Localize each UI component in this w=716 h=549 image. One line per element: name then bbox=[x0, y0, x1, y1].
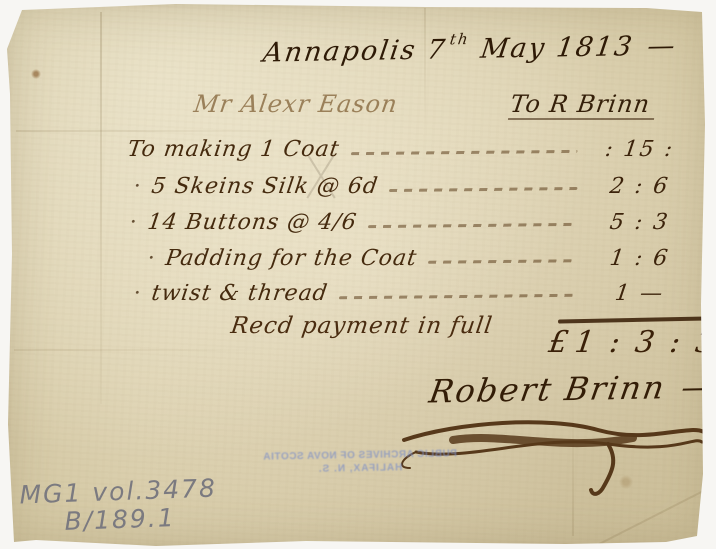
signature-name: Robert Brinn bbox=[427, 368, 669, 410]
payment-received-note: Recd payment in full bbox=[229, 313, 494, 339]
signature: Robert Brinn— bbox=[427, 368, 716, 411]
leader-line bbox=[351, 150, 578, 155]
total-sum-line bbox=[558, 316, 708, 323]
total-value: 1 : 3 : 3 bbox=[573, 325, 716, 360]
item-description: Padding for the Coat bbox=[164, 246, 419, 271]
item-row: · 14 Buttons @ 4/6 5 : 3 bbox=[128, 205, 694, 235]
leader-line bbox=[428, 259, 577, 264]
debtor-name: Mr Alexr Eason bbox=[192, 90, 400, 120]
item-row: · 5 Skeins Silk @ 6d 2 : 6 bbox=[132, 169, 694, 199]
item-row: · Padding for the Coat 1 : 6 bbox=[146, 241, 694, 271]
item-amount: 2 : 6 bbox=[586, 174, 694, 199]
date-place-day: Annapolis 7 bbox=[261, 34, 449, 68]
item-description: 5 Skeins Silk @ 6d bbox=[150, 174, 380, 199]
date-dash: — bbox=[645, 30, 678, 62]
receipt-paper: Annapolis 7th May 1813— Mr Alexr Eason T… bbox=[6, 4, 710, 546]
date-line: Annapolis 7th May 1813— bbox=[261, 26, 679, 68]
archival-reference-line2: B/189.1 bbox=[64, 502, 218, 535]
leader-line bbox=[368, 223, 578, 228]
total-amount: £1 : 3 : 3 bbox=[547, 325, 716, 360]
item-row: · twist & thread 1 — bbox=[132, 276, 694, 306]
parties-line: Mr Alexr Eason To R Brinn bbox=[192, 90, 658, 120]
archival-reference: MG1 vol.3478 B/189.1 bbox=[19, 475, 218, 537]
fold-crease bbox=[14, 349, 264, 351]
leader-line bbox=[389, 187, 577, 192]
date-ordinal: th bbox=[449, 30, 471, 48]
item-amount: 5 : 3 bbox=[586, 210, 694, 235]
item-amount: 1 — bbox=[586, 281, 694, 306]
item-row: To making 1 Coat : 15 : bbox=[108, 132, 694, 162]
fold-crease bbox=[100, 12, 102, 404]
item-description: 14 Buttons @ 4/6 bbox=[146, 210, 359, 235]
leader-line bbox=[339, 294, 578, 299]
creditor-name: To R Brinn bbox=[508, 90, 658, 120]
archive-stamp: PUBLIC ARCHIVES OF NOVA SCOTIA HALIFAX, … bbox=[249, 448, 471, 476]
item-amount: 1 : 6 bbox=[586, 246, 694, 271]
date-rest: May 1813 bbox=[479, 31, 636, 65]
item-amount: : 15 : bbox=[586, 137, 694, 162]
signature-dash: — bbox=[679, 368, 716, 407]
pound-sign: £ bbox=[547, 325, 574, 360]
item-description: To making 1 Coat bbox=[126, 137, 341, 162]
scan-background: Annapolis 7th May 1813— Mr Alexr Eason T… bbox=[0, 0, 716, 549]
item-description: twist & thread bbox=[150, 281, 330, 306]
